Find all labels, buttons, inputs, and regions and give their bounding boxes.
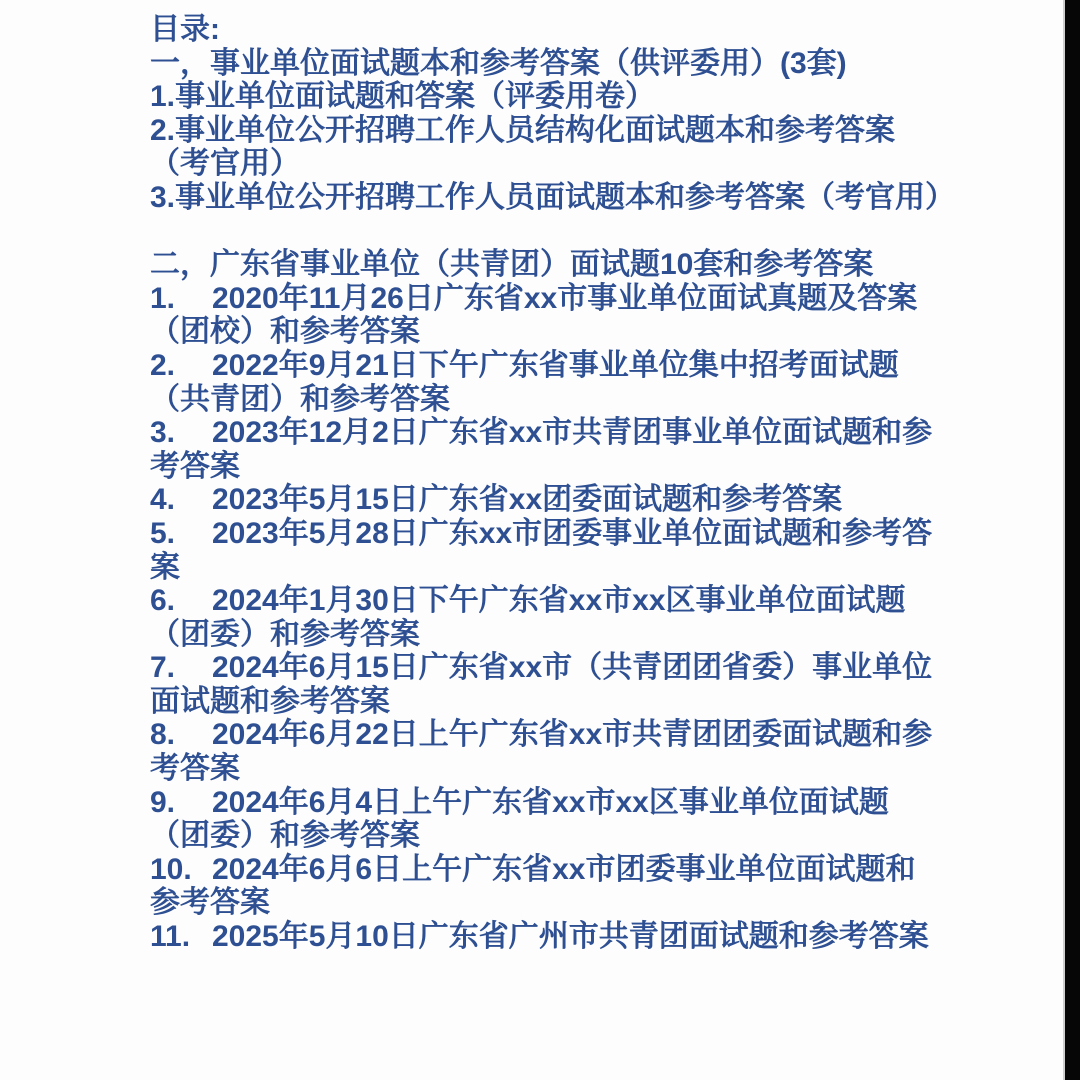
toc-item-number: 7. [150, 651, 212, 685]
toc-item-text: 2023年12月2日广东省xx市共青团事业单位面试题和参考答案 [150, 416, 932, 483]
toc-item: 3.2023年12月2日广东省xx市共青团事业单位面试题和参考答案 [150, 416, 942, 483]
toc-item: 10.2024年6月6日上午广东省xx市团委事业单位面试题和参考答案 [150, 853, 942, 920]
toc-item: 7.2024年6月15日广东省xx市（共青团团省委）事业单位面试题和参考答案 [150, 651, 942, 718]
toc-item: 1.2020年11月26日广东省xx市事业单位面试真题及答案（团校）和参考答案 [150, 282, 942, 349]
toc-item: 8.2024年6月22日上午广东省xx市共青团团委面试题和参考答案 [150, 718, 942, 785]
toc-item-number: 6. [150, 584, 212, 618]
toc-item-number: 5. [150, 517, 212, 551]
toc-item-number: 4. [150, 483, 212, 517]
toc-item: 3.事业单位公开招聘工作人员面试题本和参考答案（考官用） [150, 181, 942, 215]
toc-item-number: 2. [150, 349, 212, 383]
toc-item: 11.2025年5月10日广东省广州市共青团面试题和参考答案 [150, 920, 942, 954]
toc-item: 9.2024年6月4日上午广东省xx市xx区事业单位面试题（团委）和参考答案 [150, 786, 942, 853]
toc-item-text: 2024年1月30日下午广东省xx市xx区事业单位面试题（团委）和参考答案 [150, 584, 906, 651]
toc-item-number: 3. [150, 416, 212, 450]
toc-sections: 一，事业单位面试题本和参考答案（供评委用）(3套)1.事业单位面试题和答案（评委… [150, 47, 942, 954]
toc-item-number: 1. [150, 282, 212, 316]
toc-item-text: 2024年6月22日上午广东省xx市共青团团委面试题和参考答案 [150, 718, 932, 785]
toc-item: 2.2022年9月21日下午广东省事业单位集中招考面试题（共青团）和参考答案 [150, 349, 942, 416]
section-heading: 一，事业单位面试题本和参考答案（供评委用）(3套) [150, 47, 942, 81]
toc-item-number: 9. [150, 786, 212, 820]
page-edge-strip [1063, 0, 1080, 1080]
document-page: 目录: 一，事业单位面试题本和参考答案（供评委用）(3套)1.事业单位面试题和答… [0, 0, 1080, 1080]
toc-item-number: 11. [150, 920, 212, 954]
toc-item-text: 2020年11月26日广东省xx市事业单位面试真题及答案（团校）和参考答案 [150, 282, 917, 349]
toc-item: 1.事业单位面试题和答案（评委用卷） [150, 80, 942, 114]
toc-item: 2.事业单位公开招聘工作人员结构化面试题本和参考答案（考官用） [150, 114, 942, 181]
toc-item-text: 2025年5月10日广东省广州市共青团面试题和参考答案 [212, 920, 929, 953]
toc-item-text: 2024年6月6日上午广东省xx市团委事业单位面试题和参考答案 [150, 853, 915, 920]
toc-item-text: 2023年5月15日广东省xx团委面试题和参考答案 [212, 483, 842, 516]
toc-item-number: 8. [150, 718, 212, 752]
toc-item: 5.2023年5月28日广东xx市团委事业单位面试题和参考答案 [150, 517, 942, 584]
section-heading: 二，广东省事业单位（共青团）面试题10套和参考答案 [150, 248, 942, 282]
toc-item: 6.2024年1月30日下午广东省xx市xx区事业单位面试题（团委）和参考答案 [150, 584, 942, 651]
toc-item-text: 2023年5月28日广东xx市团委事业单位面试题和参考答案 [150, 517, 932, 584]
toc-item-text: 2024年6月4日上午广东省xx市xx区事业单位面试题（团委）和参考答案 [150, 786, 889, 853]
toc-item-text: 2024年6月15日广东省xx市（共青团团省委）事业单位面试题和参考答案 [150, 651, 932, 718]
toc-item-text: 2022年9月21日下午广东省事业单位集中招考面试题（共青团）和参考答案 [150, 349, 899, 416]
toc-content: 目录: 一，事业单位面试题本和参考答案（供评委用）(3套)1.事业单位面试题和答… [150, 13, 942, 954]
toc-title: 目录: [150, 13, 942, 47]
toc-item: 4.2023年5月15日广东省xx团委面试题和参考答案 [150, 483, 942, 517]
toc-item-number: 10. [150, 853, 212, 887]
